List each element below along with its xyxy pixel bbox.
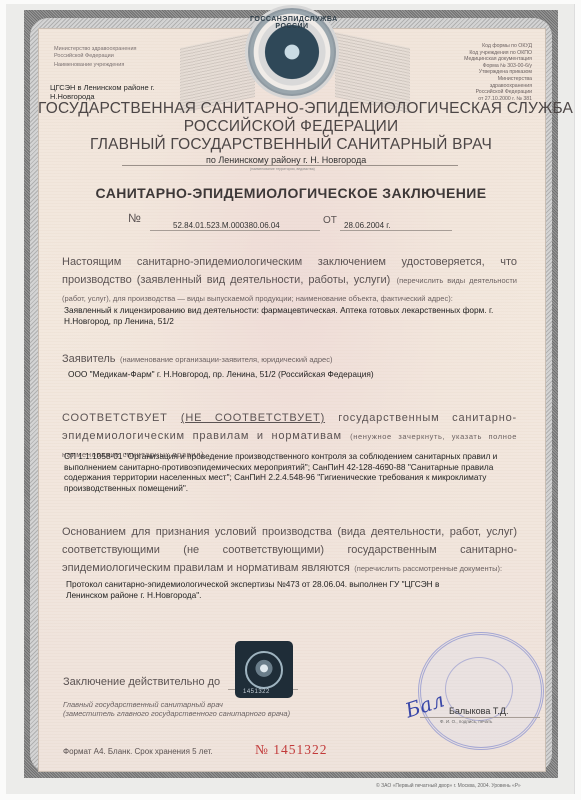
district-underline <box>122 165 458 166</box>
organization-line: ЦГСЭН в Ленинском районе г. <box>50 83 155 92</box>
document-title: САНИТАРНО-ЭПИДЕМИОЛОГИЧЕСКОЕ ЗАКЛЮЧЕНИЕ <box>38 185 544 201</box>
date-underline <box>340 230 452 231</box>
compliance-lead: СООТВЕТСТВУЕТ <box>62 412 168 424</box>
applicant-value: ООО "Медикам-Фарм" г. Н.Новгород, пр. Ле… <box>68 369 523 380</box>
form-meta-line: Российской Федерации <box>462 89 532 96</box>
signatory-role-deputy: (заместитель главного государственного с… <box>63 709 290 718</box>
ministry-line: Наименование учреждения <box>54 62 124 69</box>
date-label: ОТ <box>323 215 337 226</box>
compliance-struck-option: (НЕ СООТВЕТСТВУЕТ) <box>181 412 325 424</box>
emblem-seal-icon: ГОССАНЭПИДСЛУЖБА РОССИИ <box>248 8 336 96</box>
emblem-text: ГОССАНЭПИДСЛУЖБА РОССИИ <box>250 16 334 30</box>
activity-section: Настоящим санитарно-эпидемиологическим з… <box>62 252 517 306</box>
document-number: 52.84.01.523.М.000380.06.04 <box>173 221 280 230</box>
form-meta-line: Медицинская документация <box>462 56 532 63</box>
form-meta-line: Код учреждения по ОКПО <box>462 50 532 57</box>
format-note: Формат А4. Бланк. Срок хранения 5 лет. <box>63 747 213 756</box>
agency-title-line: ГОСУДАРСТВЕННАЯ САНИТАРНО-ЭПИДЕМИОЛОГИЧЕ… <box>38 100 544 118</box>
ministry-line: Министерство здравоохранения <box>54 46 137 53</box>
compliance-value: СП 1.1.1058-01 "Организация и проведение… <box>64 451 519 493</box>
form-meta-line: Форма № 303-00-6/у <box>462 63 532 70</box>
applicant-lead: Заявитель <box>62 353 116 365</box>
hologram-ring <box>245 651 283 689</box>
agency-title-line: РОССИЙСКОЙ ФЕДЕРАЦИИ <box>38 118 544 136</box>
signatory-role: Главный государственный санитарный врач <box>63 700 223 709</box>
document-sheet: ГОССАНЭПИДСЛУЖБА РОССИИ Министерство здр… <box>0 0 581 800</box>
basis-section: Основанием для признания условий произво… <box>62 522 517 576</box>
activity-value: Заявленный к лицензированию вид деятельн… <box>64 305 519 326</box>
applicant-section: Заявитель (наименование организации-заяв… <box>62 349 517 367</box>
form-meta-block: Код формы по ОКУД Код учреждения по ОКПО… <box>462 43 532 102</box>
printer-copyright: © ЗАО «Первый печатный двор» г. Москва, … <box>376 783 521 789</box>
signatory-caption: Ф. И. О., подпись, печать <box>440 719 492 724</box>
district-caption: (наименование территории, ведомства) <box>250 167 315 171</box>
document-date: 28.06.2004 г. <box>344 221 390 230</box>
hologram-number: 1451322 <box>243 689 270 695</box>
agency-title-line: ГЛАВНЫЙ ГОСУДАРСТВЕННЫЙ САНИТАРНЫЙ ВРАЧ <box>38 136 544 154</box>
number-underline <box>150 230 320 231</box>
applicant-hint: (наименование организации-заявителя, юри… <box>120 355 332 364</box>
basis-hint: (перечислить рассмотренные документы): <box>354 564 502 573</box>
form-meta-line: Утверждена приказом <box>462 69 532 76</box>
number-label: № <box>128 211 141 225</box>
hologram-sticker-icon: 1451322 <box>235 641 293 698</box>
basis-value: Протокол санитарно-эпидемиологической эк… <box>66 579 466 600</box>
validity-label: Заключение действительно до <box>63 676 220 688</box>
form-meta-line: Министерства здравоохранения <box>462 76 532 89</box>
district-value: по Ленинскому району г. Н. Новгорода <box>206 155 366 165</box>
signatory-underline <box>420 717 540 718</box>
signatory-name: Балыкова Т.Д. <box>449 706 508 716</box>
form-meta-line: Код формы по ОКУД <box>462 43 532 50</box>
ministry-line: Российской Федерации <box>54 53 114 60</box>
serial-number: № 1451322 <box>255 742 328 758</box>
